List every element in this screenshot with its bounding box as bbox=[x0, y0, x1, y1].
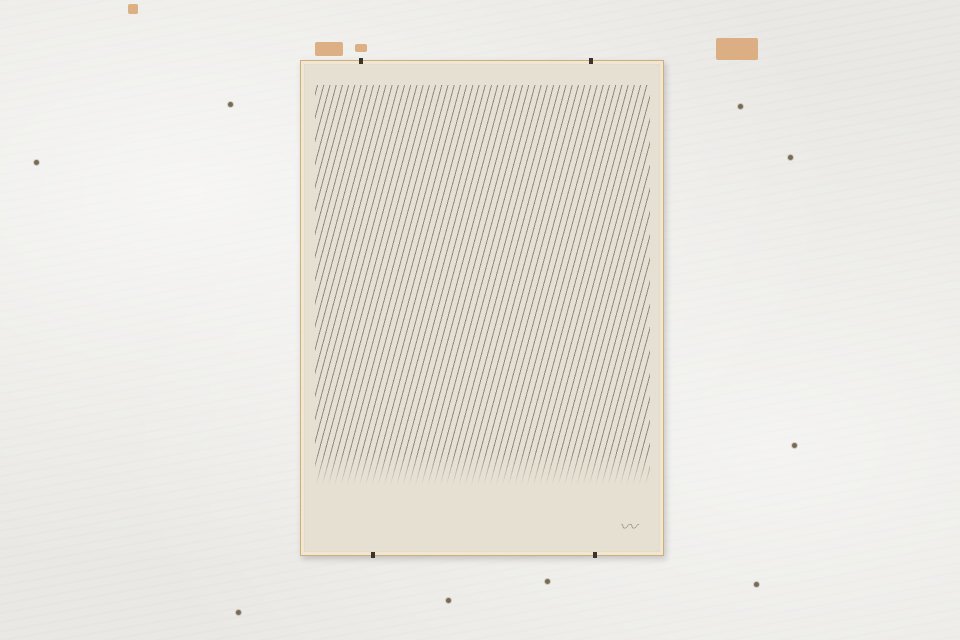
wall-screw bbox=[228, 102, 233, 107]
wall-screw bbox=[236, 610, 241, 615]
wall-screw bbox=[446, 598, 451, 603]
artwork-frame: 〰 bbox=[300, 60, 664, 556]
frame-clip bbox=[371, 552, 375, 558]
wall-patch bbox=[315, 42, 343, 56]
wall-patch bbox=[716, 38, 758, 60]
wall-screw bbox=[545, 579, 550, 584]
wall-patch bbox=[355, 44, 367, 52]
wall-screw bbox=[754, 582, 759, 587]
frame-clip bbox=[589, 58, 593, 64]
frame-clip bbox=[593, 552, 597, 558]
calligraphy-strokes bbox=[315, 85, 650, 485]
wall-screw bbox=[792, 443, 797, 448]
frame-clip bbox=[359, 58, 363, 64]
wall-screw bbox=[788, 155, 793, 160]
artwork-paper: 〰 bbox=[305, 65, 659, 551]
wall-patch bbox=[128, 4, 138, 14]
wall-screw bbox=[738, 104, 743, 109]
wall-screw bbox=[34, 160, 39, 165]
artist-signature: 〰 bbox=[619, 513, 637, 539]
